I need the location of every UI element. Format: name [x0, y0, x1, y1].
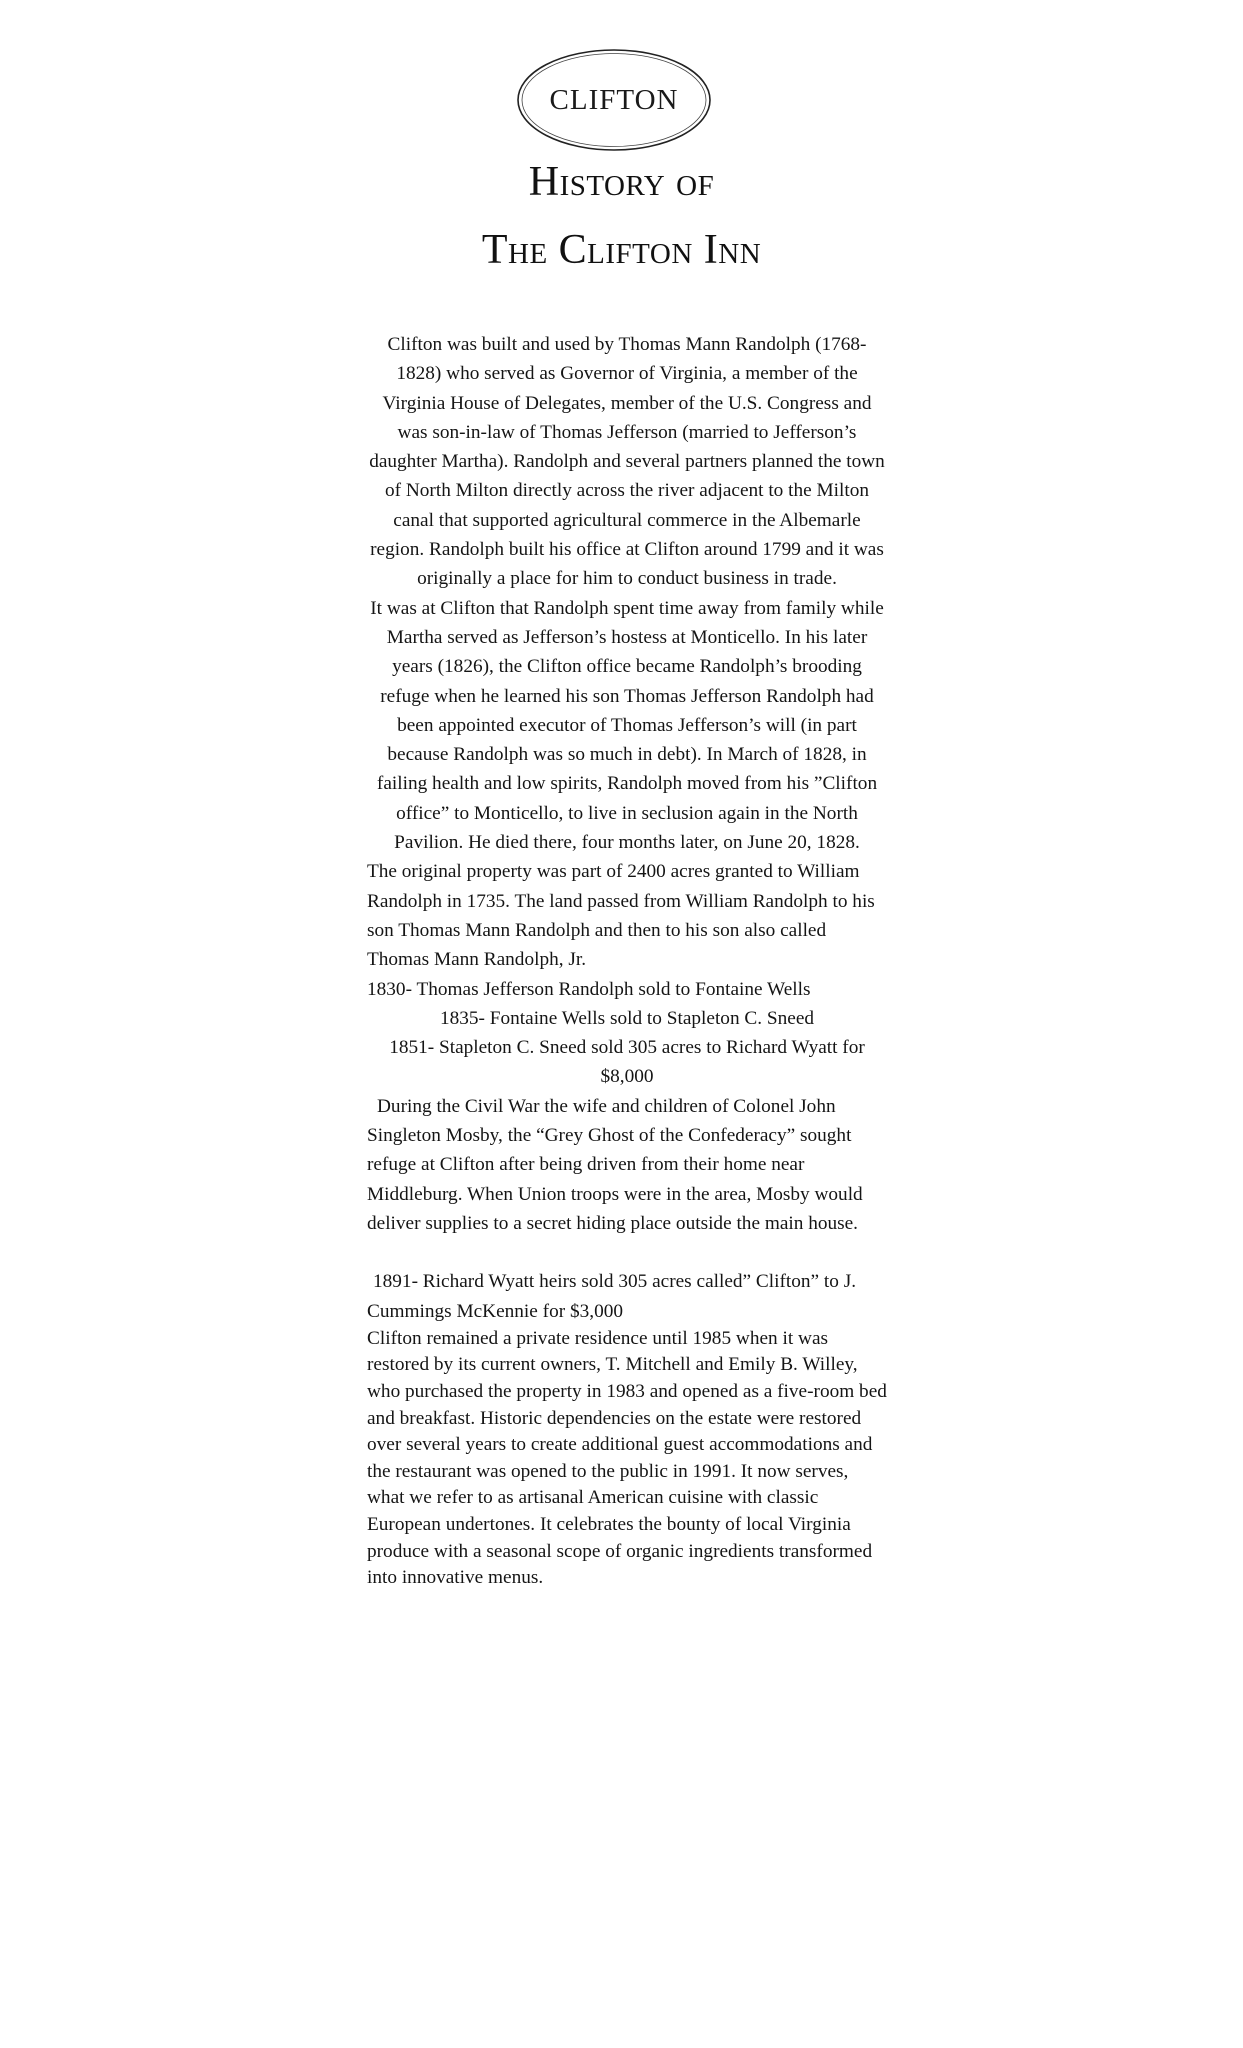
timeline-1835: 1835- Fontaine Wells sold to Stapleton C…	[367, 1004, 887, 1033]
paragraph-modern: Clifton remained a private residence unt…	[367, 1326, 887, 1592]
paragraph-civil-war: During the Civil War the wife and childr…	[367, 1092, 887, 1238]
paragraph-later-years: It was at Clifton that Randolph spent ti…	[367, 594, 887, 858]
timeline-1851: 1851- Stapleton C. Sneed sold 305 acres …	[367, 1033, 887, 1092]
paragraph-original-property: The original property was part of 2400 a…	[367, 857, 887, 974]
page-title-line-2: The Clifton Inn	[0, 226, 1243, 274]
page-title-line-1: History of	[0, 158, 1243, 206]
timeline-1830: 1830- Thomas Jefferson Randolph sold to …	[367, 975, 887, 1004]
timeline-1891: 1891- Richard Wyatt heirs sold 305 acres…	[367, 1267, 887, 1326]
spacer	[367, 1238, 887, 1267]
history-body: Clifton was built and used by Thomas Man…	[367, 330, 887, 1592]
paragraph-intro: Clifton was built and used by Thomas Man…	[367, 330, 887, 594]
logo-text: CLIFTON	[514, 46, 714, 154]
clifton-logo: CLIFTON	[514, 46, 714, 154]
